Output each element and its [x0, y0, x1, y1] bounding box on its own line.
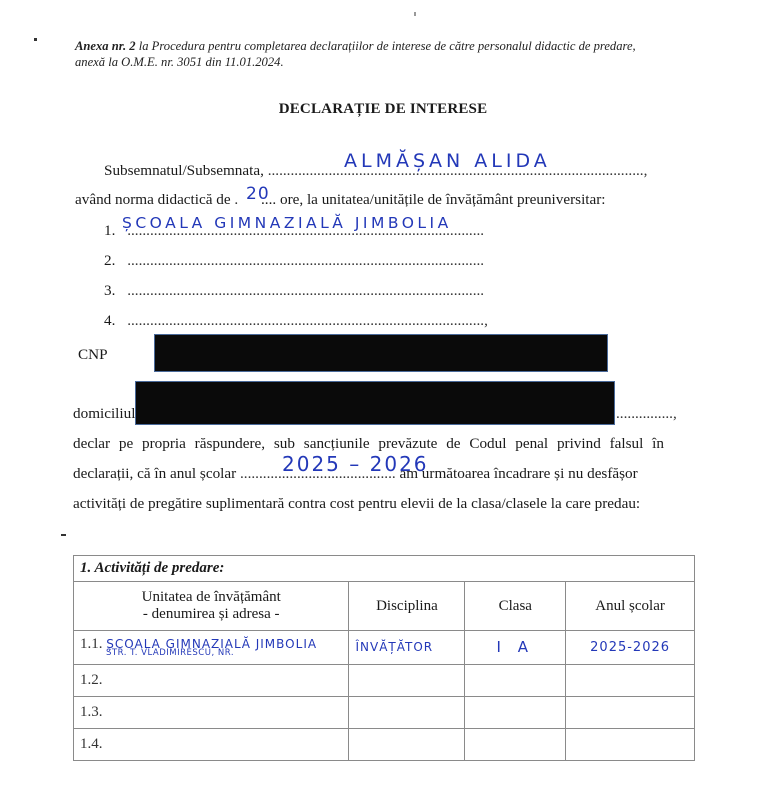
- document-title: DECLARAȚIE DE INTERESE: [0, 101, 766, 118]
- row-number: 1.1.: [80, 636, 103, 652]
- unit-number: 4.: [104, 312, 115, 329]
- domicile-redacted-box: [135, 381, 615, 425]
- hours-line: având norma didactică de . .... ore, la …: [75, 191, 606, 209]
- teaching-activities-table: 1. Activități de predare: Unitatea de în…: [73, 555, 695, 761]
- unit-1-handwritten: ȘCOALA GIMNAZIALĂ JIMBOLIA: [122, 214, 452, 232]
- statement-suffix: am următoarea încadrare și nu desfășor: [399, 465, 637, 482]
- cell-class: I A: [465, 631, 566, 665]
- section-header-row: 1. Activități de predare:: [74, 556, 695, 582]
- declarant-label: Subsemnatul/Subsemnata,: [104, 162, 264, 179]
- header-unit-line1: Unitatea de învățământ: [80, 589, 342, 606]
- unit-item-4: 4. .....................................…: [104, 312, 488, 330]
- cell-school-year: 2025-2026: [566, 631, 695, 665]
- school-year-handwritten: 2025 – 2026: [282, 452, 429, 476]
- table-row: 1.1. ȘCOALA GIMNAZIALĂ JIMBOLIA STR. T. …: [74, 631, 695, 665]
- table-row: 1.2.: [74, 665, 695, 697]
- declarant-name-handwritten: ALMĂȘAN ALIDA: [344, 150, 551, 172]
- annex-line2: anexă la O.M.E. nr. 3051 din 11.01.2024.: [75, 54, 636, 70]
- class-handwritten: I A: [497, 638, 534, 656]
- cell-discipline: [349, 729, 465, 761]
- unit-number: 2.: [104, 252, 115, 269]
- scan-speck: [414, 12, 416, 16]
- cell-class: [465, 729, 566, 761]
- dotted-fill: ...............,: [616, 405, 677, 423]
- row-number: 1.4.: [80, 736, 103, 752]
- header-school-year: Anul școlar: [566, 582, 695, 631]
- section-title: 1. Activități de predare:: [74, 556, 695, 582]
- cell-unit: 1.4.: [74, 729, 349, 761]
- school-year-cell-handwritten: 2025-2026: [590, 640, 670, 655]
- column-header-row: Unitatea de învățământ - denumirea și ad…: [74, 582, 695, 631]
- dotted-fill: ........................................…: [127, 252, 484, 269]
- cell-class: [465, 665, 566, 697]
- dotted-fill: ........................................…: [127, 282, 484, 299]
- annex-line1: la Procedura pentru completarea declaraț…: [136, 39, 636, 53]
- statement-line3: activități de pregătire suplimentară con…: [73, 495, 640, 513]
- annex-number: Anexa nr. 2: [75, 39, 136, 53]
- unit-item-2: 2. .....................................…: [104, 252, 484, 270]
- cell-school-year: [566, 697, 695, 729]
- scan-speck: [61, 534, 66, 536]
- annex-reference: Anexa nr. 2 la Procedura pentru completa…: [75, 38, 636, 70]
- unit-number: 3.: [104, 282, 115, 299]
- statement-prefix: declarații, că în anul școlar: [73, 465, 236, 482]
- unit-number: 1.: [104, 222, 115, 239]
- header-unit: Unitatea de învățământ - denumirea și ad…: [74, 582, 349, 631]
- statement-line1: declar pe propria răspundere, sub sancți…: [73, 435, 664, 453]
- cell-discipline: [349, 665, 465, 697]
- cnp-redacted-box: [154, 334, 608, 372]
- table-row: 1.3.: [74, 697, 695, 729]
- cell-unit: 1.1. ȘCOALA GIMNAZIALĂ JIMBOLIA STR. T. …: [74, 631, 349, 665]
- hours-handwritten: 20: [246, 184, 270, 204]
- hours-prefix: având norma didactică de: [75, 191, 231, 208]
- unit-item-3: 3. .....................................…: [104, 282, 484, 300]
- table-row: 1.4.: [74, 729, 695, 761]
- cell-unit: 1.2.: [74, 665, 349, 697]
- discipline-handwritten: ÎNVĂȚĂTOR: [355, 640, 433, 654]
- domicile-label: domiciliul .: [73, 405, 143, 423]
- domicile-label-text: domiciliul: [73, 405, 135, 422]
- dotted-fill: ........................................…: [127, 312, 488, 329]
- row-number: 1.3.: [80, 704, 103, 720]
- cell-school-year: [566, 729, 695, 761]
- header-unit-line2: - denumirea și adresa -: [80, 606, 342, 623]
- cell-class: [465, 697, 566, 729]
- cnp-label: CNP: [78, 346, 108, 364]
- cell-discipline: [349, 697, 465, 729]
- cell-discipline: ÎNVĂȚĂTOR: [349, 631, 465, 665]
- hours-suffix: .... ore, la unitatea/unitățile de învăț…: [261, 191, 606, 208]
- cell-school-year: [566, 665, 695, 697]
- header-class: Clasa: [465, 582, 566, 631]
- row-number: 1.2.: [80, 672, 103, 688]
- header-discipline: Disciplina: [349, 582, 465, 631]
- scan-speck: [34, 38, 37, 41]
- cell-unit: 1.3.: [74, 697, 349, 729]
